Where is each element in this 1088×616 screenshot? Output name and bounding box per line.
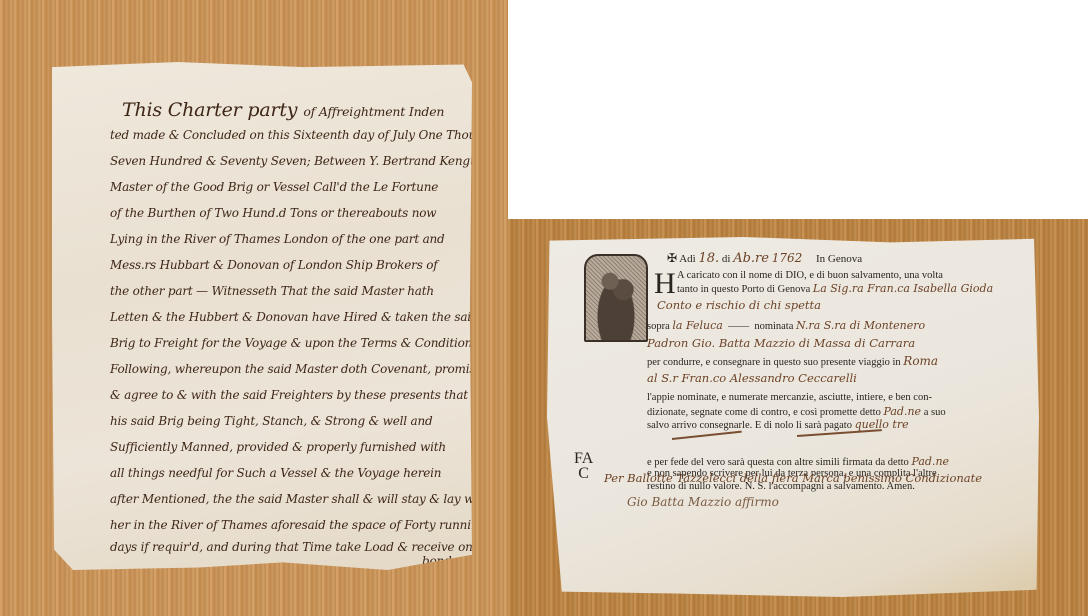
- shipper-name: La Sig.ra Fran.ca Isabella Gioda: [813, 282, 993, 295]
- destination-line: per condurre, e consegnare in questo suo…: [647, 354, 938, 368]
- charter-party-document: This Charter partyof Affreightment Inden…: [52, 62, 472, 570]
- manuscript-line: after Mentioned, the the said Master sha…: [110, 492, 490, 506]
- document-title: This Charter party: [122, 99, 297, 121]
- printed-line-2: tanto in questo Porto di Genova La Sig.r…: [677, 282, 993, 295]
- vessel-type: la Feluca: [672, 319, 722, 332]
- cross-icon: ✠: [667, 251, 677, 265]
- manuscript-line: Sufficiently Manned, provided & properly…: [110, 440, 446, 454]
- printed-appie-1: l'appie nominate, e numerate mercanzie, …: [647, 392, 932, 403]
- consignee-name: al S.r Fran.co Alessandro Ceccarelli: [647, 371, 857, 385]
- cargo-note: Per Ballotte Tazzelecci della fiera Marc…: [604, 471, 982, 485]
- manuscript-line: Following, whereupon the said Master dot…: [110, 362, 486, 376]
- manuscript-line: Master of the Good Brig or Vessel Call'd…: [110, 180, 438, 194]
- manuscript-line: Letten & the Hubbert & Donovan have Hire…: [110, 310, 478, 324]
- manuscript-line: days if requir'd, and during that Time t…: [110, 540, 473, 554]
- merchant-mark: FA C: [574, 451, 593, 481]
- form-header: ✠ Adì 18. di Ab.re 1762 In Genova: [667, 251, 862, 266]
- account-note: Conto e rischio di chi spetta: [657, 298, 821, 312]
- manuscript-line: of the Burthen of Two Hund.d Tons or the…: [110, 206, 436, 220]
- date-month: Ab.re: [733, 251, 769, 266]
- padrone-2: Pad.ne: [911, 455, 949, 468]
- manuscript-line: the other part — Witnesseth That the sai…: [110, 284, 434, 298]
- adi-label: Adì: [679, 253, 696, 265]
- woodcut-saint-image: [584, 254, 648, 342]
- printed-text: per condurre, e consegnare in questo suo…: [647, 357, 901, 368]
- patron-name: Padron Gio. Batta Mazzio di Massa di Car…: [647, 336, 915, 350]
- city-label: In Genova: [816, 253, 862, 265]
- destination: Roma: [903, 354, 938, 368]
- document-title-rest: of Affreightment Inden: [303, 104, 444, 119]
- printed-text: tanto in questo Porto di Genova: [677, 284, 810, 295]
- manuscript-line: ted made & Concluded on this Sixteenth d…: [110, 128, 504, 142]
- printed-text: e per fede del vero sarà questa con altr…: [647, 457, 909, 468]
- pen-stroke: [672, 431, 742, 440]
- manuscript-line: Lying in the River of Thames London of t…: [110, 232, 445, 246]
- date-day: 18.: [698, 251, 719, 266]
- printed-line-1: A caricato con il nome di DIO, e di buon…: [677, 270, 943, 281]
- printed-text: dizionate, segnate come di contro, e cos…: [647, 407, 881, 418]
- vessel-name: N.ra S.ra di Montenero: [796, 319, 925, 332]
- decorated-initial: H: [654, 269, 676, 299]
- manuscript-line: & agree to & with the said Freighters by…: [110, 388, 468, 402]
- padrone-1: Pad.ne: [883, 405, 921, 418]
- printed-text: a suo: [924, 407, 946, 418]
- bill-of-lading-document: ✠ Adì 18. di Ab.re 1762 In Genova H A ca…: [547, 237, 1039, 597]
- catchword: bond: [422, 554, 452, 568]
- left-photograph: This Charter partyof Affreightment Inden…: [0, 0, 508, 616]
- manuscript-line: all things needful for Such a Vessel & t…: [110, 466, 441, 480]
- di-label: di: [722, 253, 731, 265]
- printed-text: salvo arrivo consegnarle. E di nolo li s…: [647, 420, 852, 431]
- manuscript-line: her in the River of Thames aforesaid the…: [110, 518, 486, 532]
- manuscript-line: Brig to Freight for the Voyage & upon th…: [110, 336, 478, 350]
- date-year: 1762: [772, 251, 803, 265]
- manuscript-line: Seven Hundred & Seventy Seven; Between Y…: [110, 154, 492, 168]
- manuscript-line: his said Brig being Tight, Stanch, & Str…: [110, 414, 432, 428]
- vessel-line: sopra la Feluca —— nominata N.ra S.ra di…: [647, 319, 925, 332]
- fede-line-1: e per fede del vero sarà questa con altr…: [647, 455, 949, 468]
- signature: Gio Batta Mazzio affirmo: [627, 495, 779, 509]
- merchant-mark-bottom: C: [574, 466, 593, 481]
- sopra-label: sopra: [647, 321, 670, 332]
- manuscript-line: Mess.rs Hubbart & Donovan of London Ship…: [110, 258, 438, 272]
- document-heading: This Charter partyof Affreightment Inden: [122, 99, 444, 121]
- printed-appie-2: dizionate, segnate come di contro, e cos…: [647, 405, 946, 418]
- nominata-label: nominata: [754, 321, 793, 332]
- merchant-mark-top: FA: [574, 451, 593, 466]
